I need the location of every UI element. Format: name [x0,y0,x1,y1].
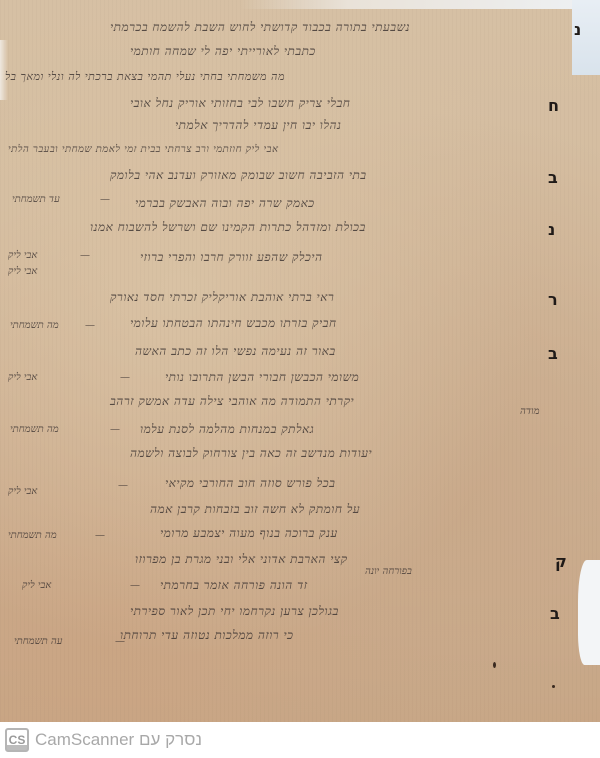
acrostic-letter-marker: ב [550,604,560,623]
paper-edge [240,0,600,9]
handwritten-line: אבי ליק חוזתמי ורב צרחתי בבית זמי לאמת ש… [8,144,278,155]
dash-separator: — [100,194,110,205]
handwritten-line: בגולכן צרען נקרחמו יחי תכן לאור ספירתי [130,604,339,619]
margin-note: מה תשמחתי [10,320,59,331]
handwritten-line: בכולת ומזדהל כתרות הקמינו שם ושרשל להשבו… [90,220,366,235]
dash-separator: — [110,424,120,435]
margin-note: עה תשמחתי [14,636,62,647]
handwritten-line: באור זה נעימה נפשי הלו זה כתב האשה [135,344,336,359]
handwritten-line: כאמק שרה יפה ובוה האבשק בברמי [135,196,315,211]
margin-note: עד תשמחתי [12,194,60,205]
margin-note: אבי ליק [8,250,37,261]
handwritten-line: יקרתי התמודה מה אוהבי צילה עדה אמשק זרהב [110,394,354,409]
handwritten-line: חביק בזרתו מכבש חינהתו הבטחתו עלומי [130,316,337,331]
handwritten-line: היכלק שהפע זוורק חרבו והפרי ברוזי [140,250,323,265]
handwritten-line: גאלתק במנחות מהלמה לסנת עלמו [140,422,314,437]
camscanner-logo-icon: CS [5,728,29,752]
acrostic-letter-marker: נ [548,220,555,239]
dash-separator: — [130,580,140,591]
handwritten-line: יעודות מנדשב זה כאה בין צורחוק לבוצה ולש… [130,446,372,461]
dash-separator: — [85,320,95,331]
acrostic-letter-marker: ח [548,96,559,115]
acrostic-letter-marker: ר [548,290,558,309]
paper-tear [578,560,600,665]
camscanner-label: נסרק עם CamScanner [35,730,202,750]
dash-separator: — [120,372,130,383]
dash-separator: — [118,480,128,491]
acrostic-letter-marker: ב [548,344,558,363]
margin-note: אבי ליק [22,580,51,591]
dash-separator: — [115,636,125,647]
handwritten-line: מה משמחתי בחתי נעלי תהמי בצאת ברכתי לה ו… [5,70,285,83]
dash-separator: — [95,530,105,541]
handwritten-line: ענק ברוכה בנוף מעוה יצמבע מרומי [160,526,338,541]
dash-separator: — [80,250,90,261]
handwritten-line: משומי הכבשן חבורי הבשן התרובו נותי [165,370,359,385]
margin-note: אבי ליק [8,486,37,497]
handwritten-line: חבלי צריק חשבו לבי בחזותי אוריק נחל אובי [130,96,350,111]
acrostic-letter-marker: ב [548,168,558,187]
camscanner-footer: CS נסרק עם CamScanner [0,722,600,758]
handwritten-line: קצי הארבת אדוני אלי ובני מגרת בן מפרוזו [135,552,348,567]
handwritten-line: ראי ברתי אוהבת אוריקליק זכרתי חסד נאורק [110,290,334,305]
handwritten-line: נשבעתי בתורה בכבוד קדושתי לחוש השבת להשמ… [110,20,410,35]
scanned-document: נשבעתי בתורה בכבוד קדושתי לחוש השבת להשמ… [0,0,600,722]
handwritten-line: בכל פורש סוזה חוב החורבי מקיאי [165,476,335,491]
margin-note: מה תשמחתי [10,424,59,435]
paper-spot [493,662,496,668]
interlinear-note: מודה [520,406,540,417]
margin-note: אבי ליק [8,266,37,277]
handwritten-line: כתבתי לאורייתי יפה לי שמחה חותמי [130,44,316,59]
interlinear-note: בפורחה יונה [365,566,412,577]
margin-note: אבי ליק [8,372,37,383]
handwritten-line: נהלו יבו חין עמדי להדריך אלמתי [175,118,341,133]
handwritten-line: בתי הזביבה חשוב שבומק מאזורק ועדנב אהי ב… [110,168,367,183]
handwritten-line: כי רוזה ממלכות נטוזה עדי תרוחתו [120,628,294,643]
paper-spot [552,685,555,688]
margin-note: מה תשמחתי [8,530,57,541]
handwritten-line: זד הונה פורחה אזמר בחרמתי [160,578,308,593]
handwritten-line: על חומתק לא חשה זוב בזבחות קרבן אמה [150,502,360,517]
acrostic-letter-marker: נ [574,20,581,39]
acrostic-letter-marker: ק [555,552,567,571]
